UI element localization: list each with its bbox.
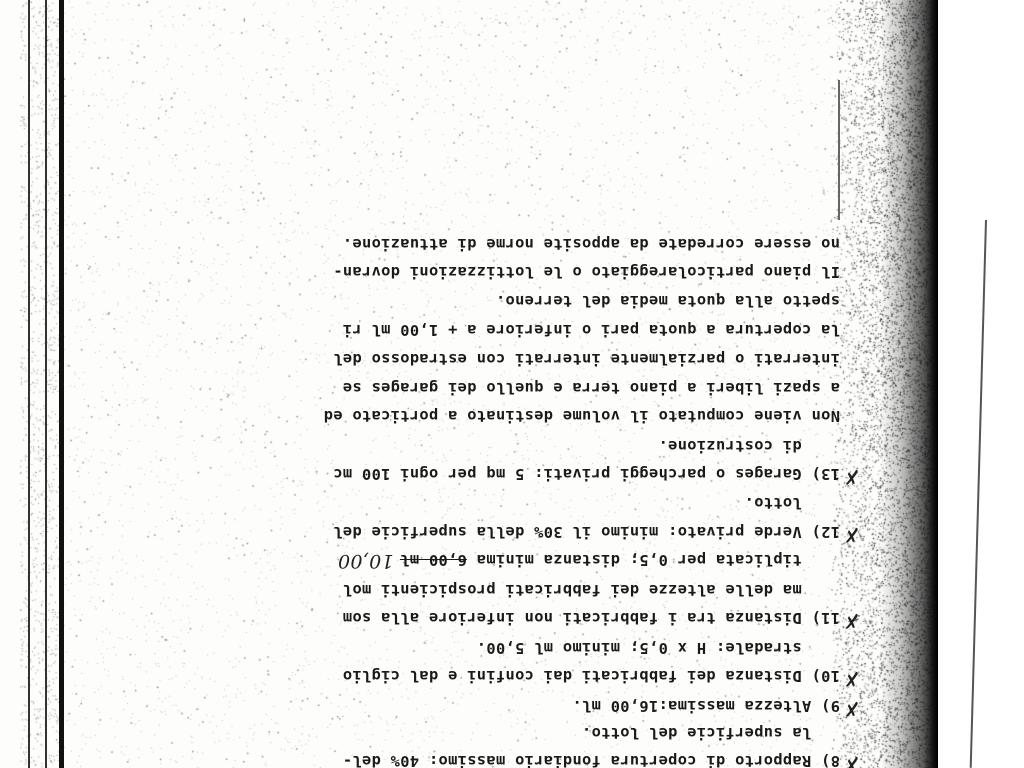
text-line: Il piano particolareggiato o le lottizza…: [333, 263, 840, 281]
text-line: ma delle altezze dei fabbricati prospici…: [343, 581, 840, 599]
text-line: 9) Altezza massima:16,00 ml.✗: [572, 697, 840, 715]
text-line-content: 10) Distanza dei fabbricati dai confini …: [343, 667, 840, 685]
text-line: di costruzione.: [658, 437, 840, 455]
x-mark-icon: ✗: [843, 670, 860, 688]
text-line: 10) Distanza dei fabbricati dai confini …: [343, 667, 840, 685]
struck-value: 6,00 ml: [400, 551, 467, 569]
text-line: 13) Garages o parcheggi privati: 5 mq pe…: [333, 465, 840, 483]
text-line-content: ma delle altezze dei fabbricati prospici…: [343, 581, 840, 599]
text-line-content: a spazi liberi a piano terra e quello de…: [343, 379, 840, 397]
x-mark-icon: ✗: [843, 612, 860, 630]
text-line-content: tiplicata per 0,5; distanza minima: [467, 551, 840, 569]
scanned-page: 8) Rapporto di copertura fondiario massi…: [0, 0, 1024, 768]
x-mark-icon: ✗: [843, 468, 860, 486]
text-line: la copertura a quota pari o inferiore a …: [343, 321, 840, 339]
text-line-content: di costruzione.: [658, 437, 840, 455]
binding-line: [45, 0, 47, 768]
text-line: interrati o parzialmente interrati con e…: [333, 350, 840, 368]
binding-line-thick: [59, 0, 64, 768]
text-line: tiplicata per 0,5; distanza minima 6,00 …: [338, 551, 840, 570]
text-line-content: interrati o parzialmente interrati con e…: [333, 350, 840, 368]
text-line: Non viene computato il volume destinato …: [323, 407, 840, 425]
text-line-content: 11) Distanza tra i fabbricati non inferi…: [343, 609, 840, 627]
text-line-content: la superficie del lotto.: [582, 724, 840, 742]
document-body: 8) Rapporto di copertura fondiario massi…: [160, 90, 840, 768]
text-line-content: lotto.: [744, 494, 840, 512]
text-line-content: 8) Rapporto di copertura fondiario massi…: [343, 752, 840, 768]
text-line: la superficie del lotto.: [582, 724, 840, 742]
handwritten-correction: 10,00: [338, 550, 400, 572]
text-line: no essere corredate da apposite norme di…: [343, 235, 840, 253]
x-mark-icon: ✗: [843, 755, 860, 768]
text-line-content: Non viene computato il volume destinato …: [323, 407, 840, 425]
x-mark-icon: ✗: [843, 700, 860, 718]
text-line: 12) Verde privato: minimo il 30% della s…: [333, 523, 840, 541]
text-line-content: la copertura a quota pari o inferiore a …: [343, 321, 840, 339]
text-line: spetto alla quota media del terreno.: [496, 292, 840, 310]
binding-line: [28, 0, 30, 768]
text-line: lotto.: [744, 494, 840, 512]
text-line: stradale: H x 0,5; minimo ml 5,00.: [476, 639, 840, 657]
text-line-content: stradale: H x 0,5; minimo ml 5,00.: [476, 639, 840, 657]
page-edge-shadow: [880, 0, 938, 768]
text-line: a spazi liberi a piano terra e quello de…: [343, 379, 840, 397]
text-line-content: 12) Verde privato: minimo il 30% della s…: [333, 523, 840, 541]
text-line-content: Il piano particolareggiato o le lottizza…: [333, 263, 840, 281]
x-mark-icon: ✗: [843, 526, 860, 544]
text-line-content: 9) Altezza massima:16,00 ml.: [572, 697, 840, 715]
text-line-content: no essere corredate da apposite norme di…: [343, 235, 840, 253]
text-line: 8) Rapporto di copertura fondiario massi…: [343, 752, 840, 768]
text-line-content: 13) Garages o parcheggi privati: 5 mq pe…: [333, 465, 840, 483]
text-line-content: spetto alla quota media del terreno.: [496, 292, 840, 310]
text-line: 11) Distanza tra i fabbricati non inferi…: [343, 609, 840, 627]
